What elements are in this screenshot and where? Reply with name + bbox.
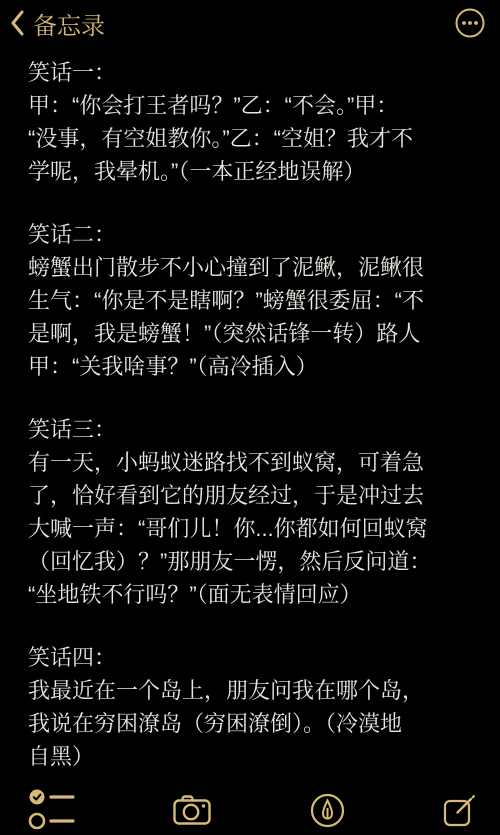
compose-button[interactable] xyxy=(443,794,476,827)
ellipsis-circle-icon xyxy=(454,27,486,42)
notes-app-screen: 备忘录 笑话一： 甲：“你会打王者吗？”乙：“不会。”甲： “没事，有空姐教你。… xyxy=(0,0,500,835)
back-button[interactable]: 备忘录 xyxy=(10,6,105,41)
joke-paragraph-2[interactable]: 笑话二： 螃蟹出门散步不小心撞到了泥鳅，泥鳅很 生气：“你是不是瞎啊？”螃蟹很委… xyxy=(28,218,486,383)
camera-icon xyxy=(173,813,211,828)
camera-button[interactable] xyxy=(173,795,211,825)
chevron-left-icon xyxy=(10,10,25,36)
markup-pen-icon xyxy=(310,816,345,831)
note-content[interactable]: 笑话一： 甲：“你会打王者吗？”乙：“不会。”甲： “没事，有空姐教你。”乙：“… xyxy=(28,46,486,775)
more-options-button[interactable] xyxy=(454,7,486,39)
compose-icon xyxy=(443,815,476,830)
checklist-button[interactable] xyxy=(28,788,75,833)
markup-button[interactable] xyxy=(310,793,345,828)
nav-bar: 备忘录 xyxy=(0,0,500,46)
back-button-label: 备忘录 xyxy=(33,6,105,41)
checklist-icon xyxy=(28,821,75,835)
joke-paragraph-1[interactable]: 笑话一： 甲：“你会打王者吗？”乙：“不会。”甲： “没事，有空姐教你。”乙：“… xyxy=(28,56,486,188)
joke-paragraph-4[interactable]: 笑话四： 我最近在一个岛上，朋友问我在哪个岛， 我说在穷困潦岛（穷困潦倒）。（冷… xyxy=(28,641,486,773)
bottom-toolbar xyxy=(0,777,500,835)
joke-paragraph-3[interactable]: 笑话三： 有一天，小蚂蚁迷路找不到蚁窝，可着急 了，恰好看到它的朋友经过，于是冲… xyxy=(28,413,486,611)
